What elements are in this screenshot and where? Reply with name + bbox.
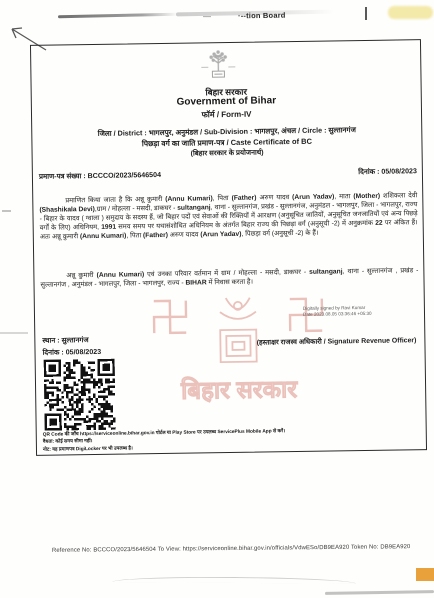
ornament-icon: [220, 298, 256, 320]
scanned-caste-certificate-page: { "colors": { "watermark": "#dd9a90", "h…: [0, 0, 434, 598]
certificate-number: प्रमाण-पत्र संख्या : BCCCO/2023/5646504: [39, 170, 161, 182]
scan-dash-mark: —: [203, 12, 211, 21]
qr-verification-notes: QR Code की जाँच https://serviceonline.bi…: [43, 427, 373, 454]
orange-corner-mark: [416, 568, 434, 581]
scan-curve-streak: [112, 576, 356, 584]
yellow-highlight-blob: [388, 6, 433, 19]
pencil-line-mark: [0, 332, 28, 334]
certificate-meta-row: प्रमाण-पत्र संख्या : BCCCO/2023/5646504 …: [39, 166, 417, 182]
swastika-icon: [154, 301, 186, 333]
scan-streak-dark: [58, 13, 178, 18]
reference-footer-line: Reference No: BCCCO/2023/5646504 To View…: [52, 544, 410, 554]
scan-tick-mark: [365, 7, 367, 20]
digital-signature-date: Date 2023.08.05 03:36:46 +05:30: [303, 311, 372, 318]
certification-paragraph: प्रमाणित किया जाता है कि अन्नू कुमारी (A…: [39, 191, 418, 242]
watermark-text: बिहार सरकार: [180, 375, 298, 405]
cutoff-text-fragment: ·--tion Board: [238, 11, 286, 21]
revenue-officer-signature-line: (हस्ताक्षर राजस्व अधिकारी / Signature Re…: [257, 336, 417, 347]
place-line: स्थान : सुल्तानगंज: [42, 335, 88, 346]
digital-signature-note: Digitally signed by Ravi Kumar Date 2023…: [303, 305, 372, 318]
qr-code-image: [44, 359, 116, 431]
issue-date-line: दिनांक : 05/08/2023: [42, 347, 101, 358]
bihar-government-emblem-icon: [196, 47, 240, 82]
certificate-date: दिनांक : 05/08/2023: [358, 166, 417, 177]
qr-code: [44, 359, 116, 431]
residence-paragraph: अन्नू कुमारी (Annu Kumari) एवं उनका परिव…: [40, 266, 418, 290]
pencil-mark: [2, 210, 11, 212]
scan-edge-streak: [325, 590, 434, 594]
certificate-border-box: बिहार सरकार Government of Bihar फॉर्म / …: [30, 39, 427, 456]
maze-seal-icon: [220, 330, 256, 363]
